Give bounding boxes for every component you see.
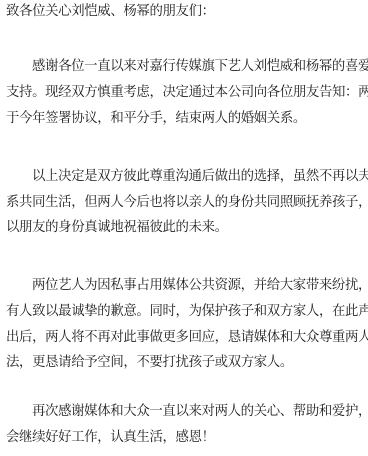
paragraph-line: 两位艺人为因私事占用媒体公共资源，并给大家带来纷扰，向所 [32,278,364,294]
paragraph-line: 出后，两人将不再对此事做更多回应，恳请媒体和大众尊重两人的想 [6,330,364,346]
statement-document: 致各位关心刘恺威、杨幂的朋友们： 感谢各位一直以来对嘉行传媒旗下艺人刘恺威和杨幂… [0,0,368,456]
paragraph-line: 有人致以最诚挚的歉意。同时，为保护孩子和双方家人，在此声明发 [6,304,364,320]
paragraph-line: 以上决定是双方彼此尊重沟通后做出的选择，虽然不再以夫妻关 [32,169,364,185]
paragraph-line: 支持。现经双方慎重考虑，决定通过本公司向各位朋友告知：两人已 [6,85,364,101]
paragraph-line: 会继续好好工作，认真生活，感恩！ [6,430,364,446]
paragraph-line: 以朋友的身份真诚地祝福彼此的未来。 [6,220,364,236]
paragraph-line: 系共同生活，但两人今后也将以亲人的身份共同照顾抚养孩子，同时 [6,195,364,211]
paragraph-line: 再次感谢媒体和大众一直以来对两人的关心、帮助和爱护，两人 [32,404,364,420]
greeting: 致各位关心刘恺威、杨幂的朋友们： [6,4,364,20]
paragraph-line: 法，更恳请给予空间，不要打扰孩子或双方家人。 [6,355,364,371]
paragraph-line: 感谢各位一直以来对嘉行传媒旗下艺人刘恺威和杨幂的喜爱和 [32,59,364,75]
paragraph-line: 于今年签署协议，和平分手，结束两人的婚姻关系。 [6,111,364,127]
